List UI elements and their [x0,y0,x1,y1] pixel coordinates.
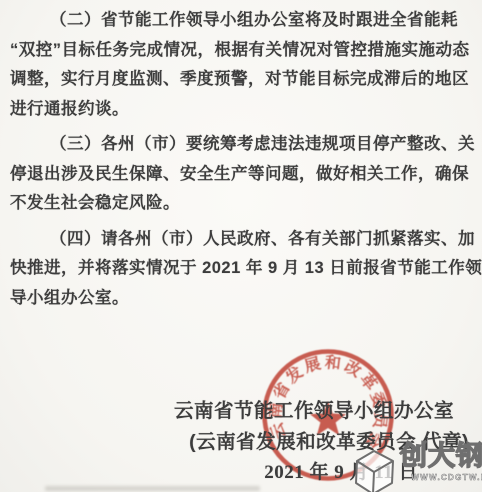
site-watermark: 创大钢铁 WWW.CDGTW.NET [352,442,482,492]
document-body: （二）省节能工作领导小组办公室将及时跟进全省能耗 “双控”目标任务完成情况，根据… [10,6,476,313]
paragraph-line: （四）请各州（市）人民政府、各有关部门抓紧落实、加 [10,225,476,255]
paragraph-line: 调整，实行月度监测、季度预警，对节能目标完成滞后的地区 [10,65,476,95]
paragraph-line: 停退出涉及民生保障、安全生产等问题，做好相关工作，确保 [10,160,476,190]
document-page: （二）省节能工作领导小组办公室将及时跟进全省能耗 “双控”目标任务完成情况，根据… [0,0,482,492]
scan-smudge [45,486,260,491]
cube-outline-icon [352,449,398,492]
paragraph-line: 不发生社会稳定风险。 [10,189,476,219]
paragraph-line: （二）省节能工作领导小组办公室将及时跟进全省能耗 [10,6,476,36]
paragraph-line: “双控”目标任务完成情况，根据有关情况对管控措施实施动态 [10,36,476,66]
paragraph-line: 导小组办公室。 [10,284,476,314]
paragraph-3: （三）各州（市）要统筹考虑违法违规项目停产整改、关 停退出涉及民生保障、安全生产… [10,130,476,219]
paragraph-line: 进行通报约谈。 [10,95,476,125]
paragraph-4: （四）请各州（市）人民政府、各有关部门抓紧落实、加 快推进，并将落实情况于 20… [10,225,476,314]
watermark-url: WWW.CDGTW.NET [400,473,482,482]
watermark-brand: 创大钢铁 [400,442,482,471]
paragraph-line: （三）各州（市）要统筹考虑违法违规项目停产整改、关 [10,130,476,160]
paragraph-2: （二）省节能工作领导小组办公室将及时跟进全省能耗 “双控”目标任务完成情况，根据… [10,6,476,124]
paragraph-line: 快推进，并将落实情况于 2021 年 9 月 13 日前报省节能工作领 [10,254,476,284]
signature-org: 云南省节能工作领导小组办公室 [174,395,454,423]
